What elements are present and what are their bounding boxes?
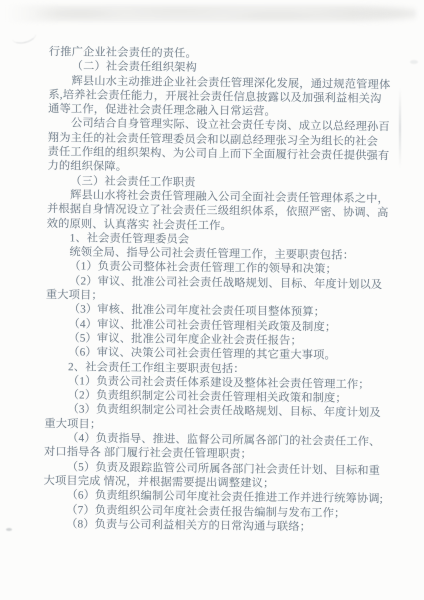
scan-shadow-band [6, 5, 416, 22]
scan-artifact-streak [399, 88, 401, 168]
document-text-block: 行推广企业社会责任的责任。（二）社会责任组织架构辉县山水主动推进企业社会责任管理… [43, 45, 371, 535]
scan-artifact-speck [6, 528, 12, 531]
scan-artifact-arc [11, 27, 37, 45]
scan-artifact-speck [410, 60, 418, 64]
document-page: 行推广企业社会责任的责任。（二）社会责任组织架构辉县山水主动推进企业社会责任管理… [0, 0, 424, 600]
